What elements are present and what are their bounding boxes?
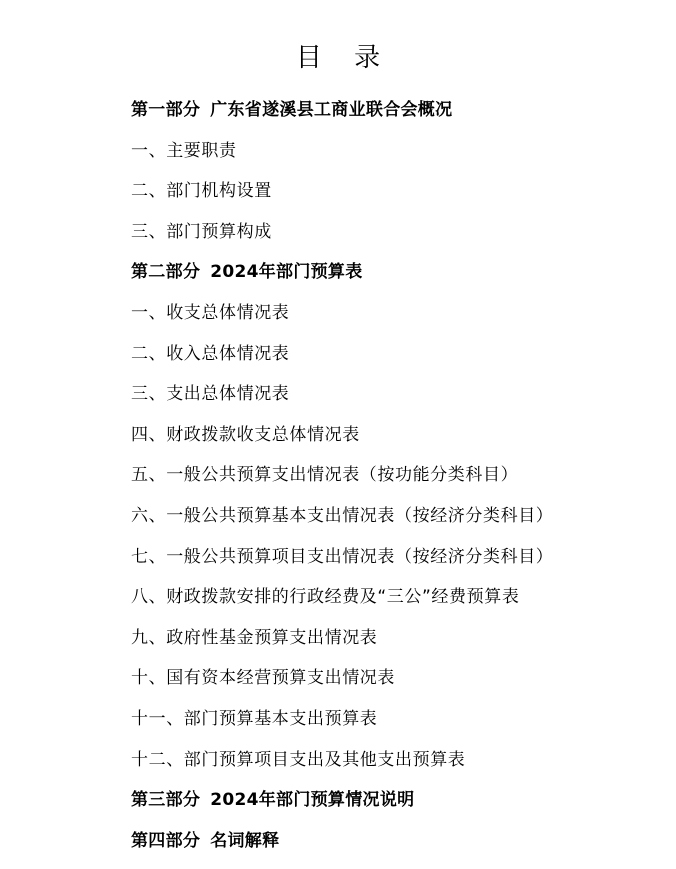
part-number: 第四部分 — [131, 831, 200, 851]
toc-part-2[interactable]: 第二部分2024年部门预算表 — [131, 258, 553, 299]
toc-item[interactable]: 三、部门预算构成 — [131, 218, 553, 259]
document-page: 目 录 第一部分广东省遂溪县工商业联合会概况 一、主要职责 二、部门机构设置 三… — [0, 0, 676, 869]
toc-item[interactable]: 一、收支总体情况表 — [131, 299, 553, 340]
toc-item[interactable]: 十二、部门预算项目支出及其他支出预算表 — [131, 746, 553, 787]
toc-item[interactable]: 八、财政拨款安排的行政经费及“三公”经费预算表 — [131, 583, 553, 624]
toc-part-3[interactable]: 第三部分2024年部门预算情况说明 — [131, 786, 553, 827]
page-title: 目 录 — [0, 40, 676, 76]
toc-item[interactable]: 四、财政拨款收支总体情况表 — [131, 421, 553, 462]
toc-part-1[interactable]: 第一部分广东省遂溪县工商业联合会概况 — [131, 96, 553, 137]
toc-item[interactable]: 七、一般公共预算项目支出情况表（按经济分类科目） — [131, 543, 553, 584]
part-number: 第三部分 — [131, 790, 200, 810]
toc-item[interactable]: 二、部门机构设置 — [131, 177, 553, 218]
toc-item[interactable]: 六、一般公共预算基本支出情况表（按经济分类科目） — [131, 502, 553, 543]
toc-item[interactable]: 三、支出总体情况表 — [131, 380, 553, 421]
part-title: 广东省遂溪县工商业联合会概况 — [210, 100, 452, 120]
part-number: 第一部分 — [131, 100, 200, 120]
toc-item[interactable]: 十、国有资本经营预算支出情况表 — [131, 664, 553, 705]
part-number: 第二部分 — [131, 262, 200, 282]
toc-item[interactable]: 二、收入总体情况表 — [131, 340, 553, 381]
toc-item[interactable]: 十一、部门预算基本支出预算表 — [131, 705, 553, 746]
toc-item[interactable]: 一、主要职责 — [131, 137, 553, 178]
toc-part-4[interactable]: 第四部分名词解释 — [131, 827, 553, 868]
part-title: 名词解释 — [210, 831, 279, 851]
toc-item[interactable]: 五、一般公共预算支出情况表（按功能分类科目） — [131, 461, 553, 502]
table-of-contents: 第一部分广东省遂溪县工商业联合会概况 一、主要职责 二、部门机构设置 三、部门预… — [131, 96, 553, 867]
part-title: 2024年部门预算情况说明 — [210, 790, 414, 810]
toc-item[interactable]: 九、政府性基金预算支出情况表 — [131, 624, 553, 665]
part-title: 2024年部门预算表 — [210, 262, 362, 282]
